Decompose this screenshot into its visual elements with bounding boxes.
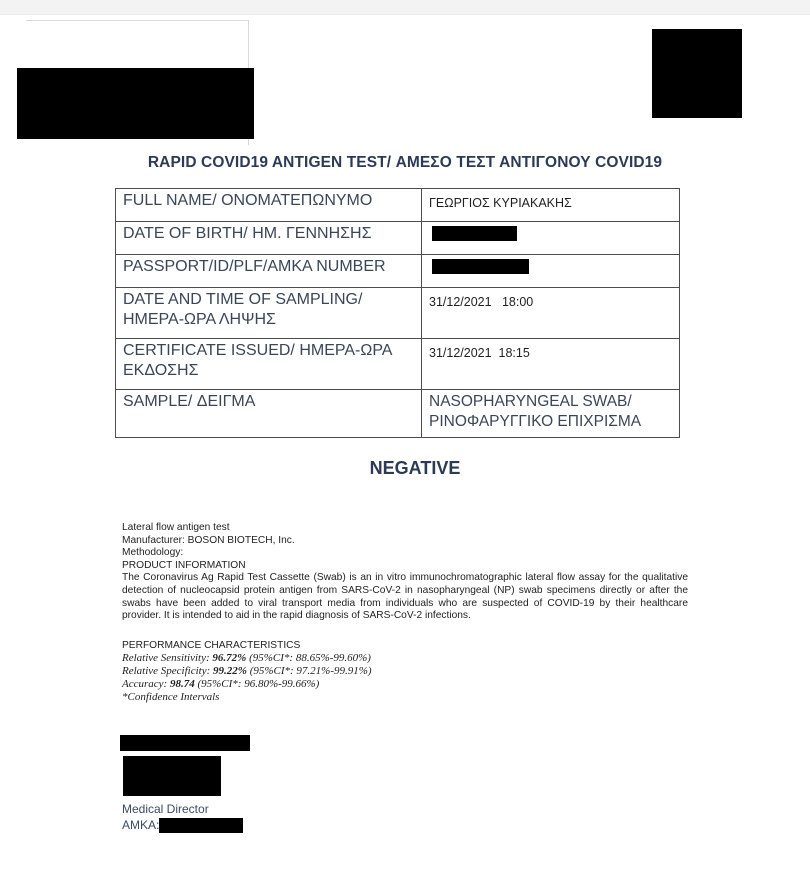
row-value-date-of-birth (422, 222, 680, 255)
performance-heading: PERFORMANCE CHARACTERISTICS (122, 639, 522, 652)
specificity-value: 99.22% (213, 665, 247, 677)
row-value-certificate-issued: 31/12/2021 18:15 (422, 339, 680, 390)
redacted-signature-stamp (123, 756, 221, 796)
specificity-ci: (95%CI*: 97.21%-99.91%) (247, 665, 372, 677)
row-label-date-of-birth: DATE OF BIRTH/ ΗΜ. ΓΕΝΝΗΣΗΣ (116, 222, 422, 255)
performance-characteristics: PERFORMANCE CHARACTERISTICS Relative Sen… (122, 639, 522, 704)
row-label-sampling-time: DATE AND TIME OF SAMPLING/ ΗΜΕΡΑ-ΩΡΑ ΛΗΨ… (116, 288, 422, 339)
sensitivity-line: Relative Sensitivity: 96.72% (95%CI*: 88… (122, 652, 522, 665)
row-value-full-name: ΓΕΩΡΓΙΟΣ ΚΥΡΙΑΚΑΚΗΣ (422, 189, 680, 222)
redacted-qr-code (652, 29, 742, 118)
table-row: FULL NAME/ ΟΝΟΜΑΤΕΠΩΝΥΜΟ ΓΕΩΡΓΙΟΣ ΚΥΡΙΑΚ… (116, 189, 680, 222)
sensitivity-ci: (95%CI*: 88.65%-99.60%) (246, 652, 371, 664)
redacted-date-of-birth (432, 226, 517, 241)
redacted-logo (17, 68, 254, 139)
amka-label: AMKA: (122, 817, 159, 833)
test-type: Lateral flow antigen test (122, 522, 688, 535)
row-label-sample: SAMPLE/ ΔΕΙΓΜΑ (116, 390, 422, 438)
accuracy-line: Accuracy: 98.74 (95%CI*: 96.80%-99.66%) (122, 678, 522, 691)
specificity-line: Relative Specificity: 99.22% (95%CI*: 97… (122, 665, 522, 678)
row-value-passport-id (422, 255, 680, 288)
accuracy-ci: (95%CI*: 96.80%-99.66%) (195, 678, 320, 690)
signer-role: Medical Director (122, 801, 243, 817)
signature-block: Medical Director AMKA: (122, 801, 243, 833)
table-row: DATE AND TIME OF SAMPLING/ ΗΜΕΡΑ-ΩΡΑ ΛΗΨ… (116, 288, 680, 339)
amka-line: AMKA: (122, 817, 243, 833)
product-information-heading: PRODUCT INFORMATION (122, 560, 688, 573)
methodology: Methodology: (122, 547, 688, 560)
product-description: The Coronavirus Ag Rapid Test Cassette (… (122, 572, 688, 622)
row-value-sample: NASOPHARYNGEAL SWAB/ ΡΙΝΟΦΑΡΥΓΓΙΚΟ ΕΠΙΧΡ… (422, 390, 680, 438)
table-row: PASSPORT/ID/PLF/AMKA NUMBER (116, 255, 680, 288)
accuracy-value: 98.74 (170, 678, 195, 690)
table-row: DATE OF BIRTH/ ΗΜ. ΓΕΝΝΗΣΗΣ (116, 222, 680, 255)
row-label-full-name: FULL NAME/ ΟΝΟΜΑΤΕΠΩΝΥΜΟ (116, 189, 422, 222)
manufacturer: Manufacturer: BOSON BIOTECH, Inc. (122, 535, 688, 548)
table-row: CERTIFICATE ISSUED/ ΗΜΕΡΑ-ΩΡΑ ΕΚΔΟΣΗΣ 31… (116, 339, 680, 390)
redacted-passport-id (432, 259, 529, 274)
sensitivity-label: Relative Sensitivity: (122, 652, 212, 664)
document-title: RAPID COVID19 ANTIGEN TEST/ ΑΜΕΣΟ ΤΕΣΤ Α… (0, 154, 810, 172)
row-label-passport-id: PASSPORT/ID/PLF/AMKA NUMBER (116, 255, 422, 288)
row-value-sampling-time: 31/12/2021 18:00 (422, 288, 680, 339)
accuracy-label: Accuracy: (122, 678, 170, 690)
specificity-label: Relative Specificity: (122, 665, 213, 677)
confidence-footnote: *Confidence Intervals (122, 691, 522, 704)
row-label-certificate-issued: CERTIFICATE ISSUED/ ΗΜΕΡΑ-ΩΡΑ ΕΚΔΟΣΗΣ (116, 339, 422, 390)
redacted-doctor-name (120, 735, 250, 751)
test-result: NEGATIVE (0, 458, 810, 479)
viewer-top-bar (0, 0, 810, 15)
patient-info-table: FULL NAME/ ΟΝΟΜΑΤΕΠΩΝΥΜΟ ΓΕΩΡΓΙΟΣ ΚΥΡΙΑΚ… (115, 188, 680, 438)
test-information: Lateral flow antigen test Manufacturer: … (122, 522, 688, 623)
table-row: SAMPLE/ ΔΕΙΓΜΑ NASOPHARYNGEAL SWAB/ ΡΙΝΟ… (116, 390, 680, 438)
redacted-amka (159, 818, 243, 833)
sensitivity-value: 96.72% (212, 652, 246, 664)
